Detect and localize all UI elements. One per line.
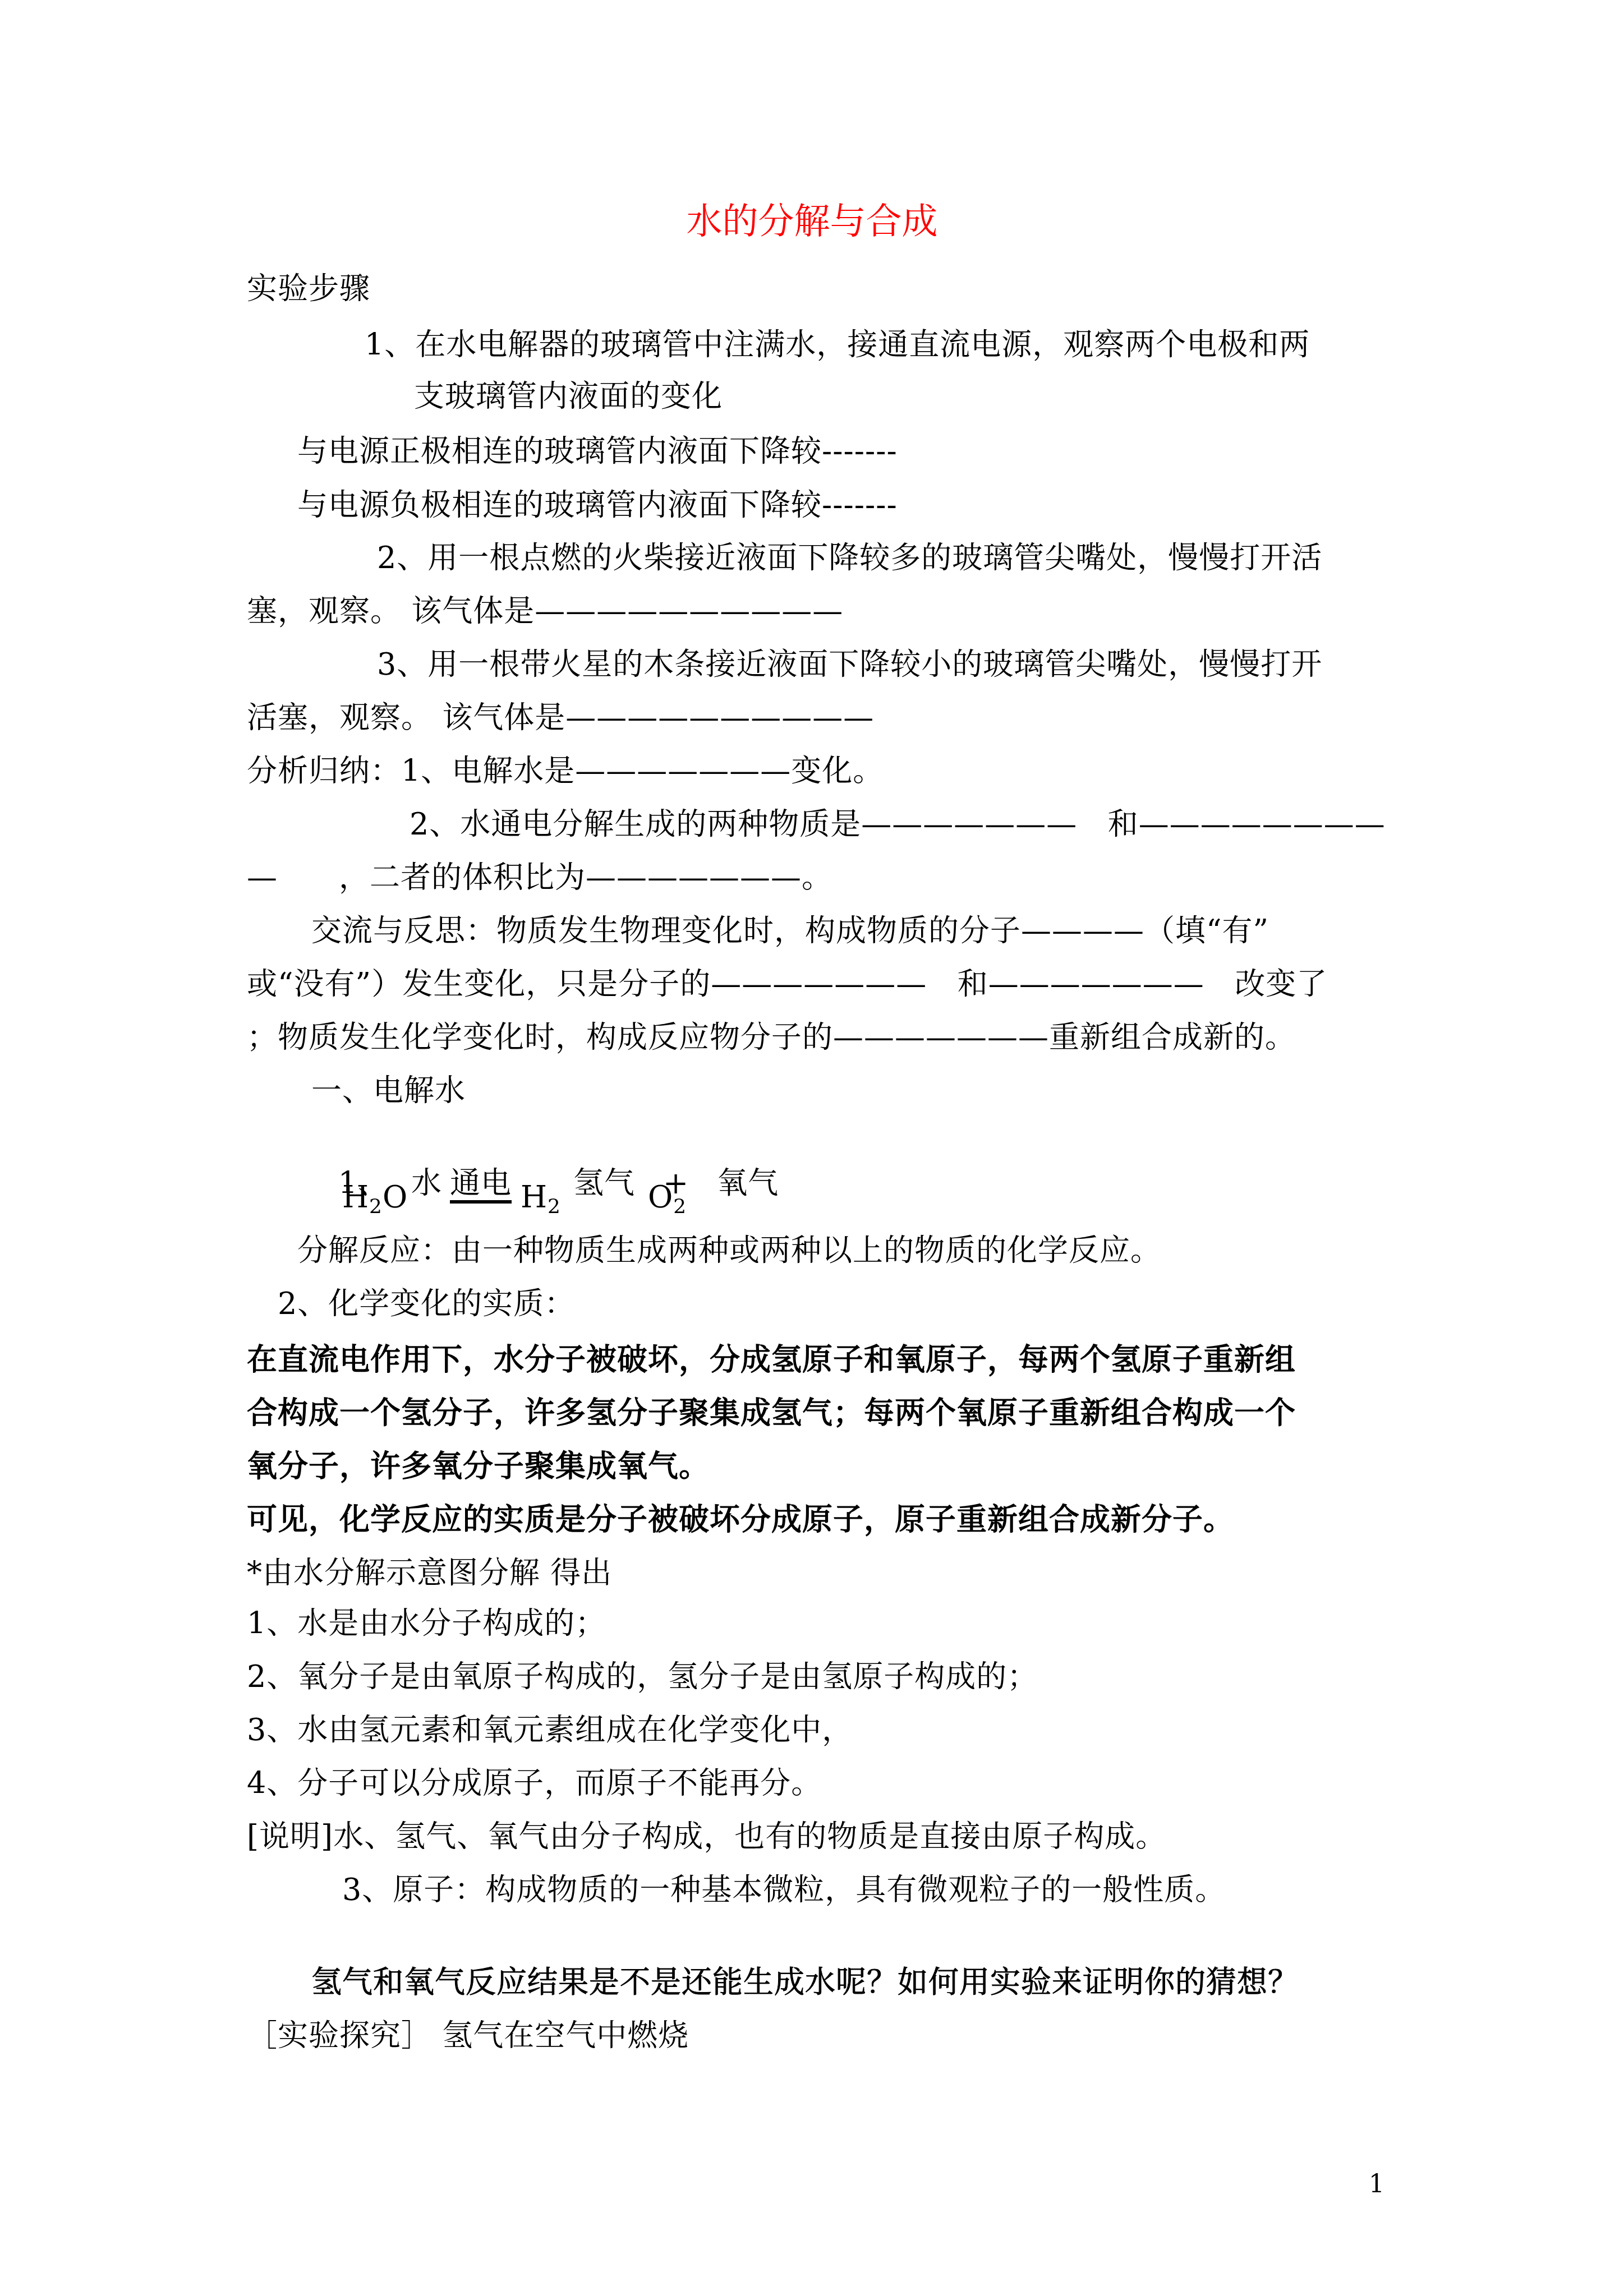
diagram-intro: *由水分解示意图分解 得出 [247, 1553, 612, 1593]
equation-condition: 通电 [450, 1165, 512, 1201]
page-number: 1 [1369, 2170, 1384, 2198]
step-3-line-1: 3、用一根带火星的木条接近液面下降较小的玻璃管尖嘴处，慢慢打开 [377, 645, 1322, 684]
equation-reactant: 水 [411, 1165, 442, 1201]
analysis-1: 分析归纳：1、电解水是———————变化。 [247, 751, 884, 791]
negative-electrode-line: 与电源负极相连的玻璃管内液面下降较------- [297, 486, 898, 525]
analysis-2-line-2: — ，二者的体积比为———————。 [247, 858, 832, 897]
essence-bold-line-1: 在直流电作用下，水分子被破坏，分成氢原子和氧原子，每两个氢原子重新组 [247, 1340, 1296, 1380]
note: [说明]水、氢气、氧气由分子构成，也有的物质是直接由原子构成。 [247, 1817, 1166, 1856]
equation-product-oxygen: 氧气 [717, 1165, 779, 1201]
step-2-line-1: 2、用一根点燃的火柴接近液面下降较多的玻璃管尖嘴处，慢慢打开活 [377, 538, 1322, 578]
document-title: 水的分解与合成 [0, 199, 1624, 244]
formula-water: H2O [342, 1178, 408, 1217]
document-page: 水的分解与合成 实验步骤 1、在水电解器的玻璃管中注满水，接通直流电源，观察两个… [0, 0, 1624, 2296]
essence-bold-line-3: 氧分子，许多氧分子聚集成氧气。 [247, 1447, 710, 1486]
equation-product-hydrogen: 氢气 [573, 1165, 635, 1201]
decomposition-definition: 分解反应：由一种物质生成两种或两种以上的物质的化学反应。 [297, 1231, 1161, 1270]
reflection-line-1: 交流与反思：物质发生物理变化时，构成物质的分子————（填“有” [311, 911, 1269, 951]
step-2-line-2: 塞，观察。 该气体是—————————— [247, 592, 843, 631]
conclusion-1: 1、水是由水分子构成的； [247, 1604, 606, 1643]
step-3-line-2: 活塞，观察。 该气体是—————————— [247, 698, 874, 737]
conclusion-3: 3、水由氢元素和氧元素组成在化学变化中， [247, 1711, 853, 1750]
formula-hydrogen: H2 [521, 1178, 561, 1217]
essence-heading: 2、化学变化的实质： [278, 1284, 575, 1324]
step-1-line-1: 1、在水电解器的玻璃管中注满水，接通直流电源，观察两个电极和两 [365, 325, 1310, 365]
step-1-line-2: 支玻璃管内液面的变化 [414, 377, 723, 416]
reflection-line-2: 或“没有”）发生变化，只是分子的——————— 和——————— 改变了 [247, 965, 1327, 1004]
essence-bold-line-2: 合构成一个氢分子，许多氢分子聚集成氢气；每两个氧原子重新组合构成一个 [247, 1394, 1296, 1433]
analysis-2-line-1: 2、水通电分解生成的两种物质是——————— 和———————— [410, 805, 1386, 844]
conclusion-2: 2、氧分子是由氧原子构成的，氢分子是由氢原子构成的； [247, 1657, 1038, 1696]
steps-heading: 实验步骤 [247, 269, 370, 308]
atom-definition: 3、原子：构成物质的一种基本微粒，具有微观粒子的一般性质。 [342, 1870, 1226, 1910]
conclusion-4: 4、分子可以分成原子，而原子不能再分。 [247, 1764, 822, 1803]
reflection-line-3: ；物质发生化学变化时，构成反应物分子的———————重新组合成新的。 [247, 1018, 1296, 1057]
positive-electrode-line: 与电源正极相连的玻璃管内液面下降较------- [297, 432, 898, 471]
experiment-explore: ［实验探究］ 氢气在空气中燃烧 [247, 2016, 689, 2055]
question-line: 氢气和氧气反应结果是不是还能生成水呢？如何用实验来证明你的猜想？ [311, 1963, 1299, 2002]
formula-oxygen: O2 [648, 1178, 687, 1217]
essence-bold-line-4: 可见，化学反应的实质是分子被破坏分成原子，原子重新组合成新分子。 [247, 1500, 1234, 1539]
section-electrolysis-heading: 一、电解水 [311, 1071, 466, 1110]
